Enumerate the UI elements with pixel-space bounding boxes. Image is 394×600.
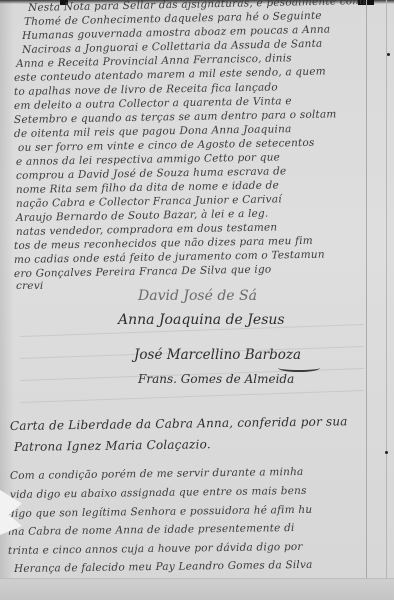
- signature: David José de Sá: [138, 288, 257, 304]
- section-title: Patrona Ignez Maria Colaçazio.: [14, 437, 211, 454]
- signature: José Marcellino Barboza: [134, 347, 301, 363]
- signature: Anna Joaquina de Jesus: [118, 312, 285, 328]
- text-line: ero Gonçalves Pereira Franca De Silva qu…: [14, 264, 272, 280]
- signature-flourish: [278, 364, 320, 372]
- text-line: vida digo eu abaixo assignada que entre …: [10, 485, 307, 501]
- text-line: Com a condição porém de me servir durant…: [10, 466, 304, 482]
- margin-rule: [366, 0, 367, 578]
- text-line: trinta e cinco annos cuja a houve por dá…: [8, 541, 303, 557]
- ink-spot: [387, 53, 390, 56]
- text-line: digo que son legítima Senhora e possuido…: [8, 504, 312, 520]
- ink-bleed-line: [20, 390, 364, 403]
- text-line: ma Cabra de nome Anna de idade presentem…: [8, 522, 295, 538]
- text-line: Herança de falecido meu Pay Leandro Gome…: [14, 559, 313, 575]
- scan-bottom-edge: [0, 578, 394, 600]
- text-line: crevi: [16, 280, 43, 292]
- ink-spot: [385, 451, 388, 454]
- signature: Frans. Gomes de Almeida: [138, 372, 294, 386]
- manuscript-page: Nesta Nota para Sellar das ajsignaturas,…: [0, 0, 394, 600]
- section-title: Carta de Liberdade da Cabra Anna, confer…: [10, 414, 348, 433]
- page-edge-rule: [386, 0, 387, 600]
